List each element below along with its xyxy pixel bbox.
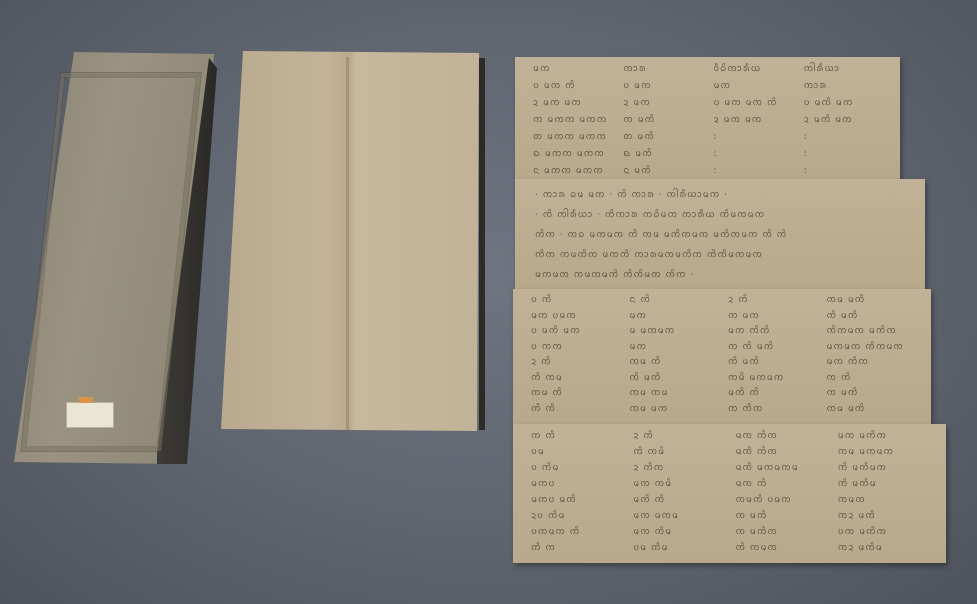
script-cell: ᨠᨾ ᨠᩦ (630, 355, 717, 371)
script-cell: ᨯ ᨾᨠ ᨾᨠ (714, 112, 792, 129)
script-cell: ᨠᩤᩁᩥᨿᩣ (804, 61, 882, 78)
script-cell: : (714, 146, 792, 163)
script-cell: : (714, 163, 792, 180)
script-cell: ᨾᨠ ᨠᩦᨠ (827, 355, 914, 371)
script-line: · ᨠᩣᩁ ᨵᨾ ᨾᨠ · ᨠᩦ ᨠᩣᩁ · ᨠᩤᩁᩥᨿᩣᨾᨠ · (535, 185, 905, 205)
script-cell: ᨠ ᨾᨠᩦ (623, 112, 701, 129)
script-cell: ᨷ ᨾᨠᩦ ᨾᨠ (531, 324, 618, 340)
script-cell: ᨷ ᨠᨠ (531, 340, 618, 356)
script-cell: ᨯ ᨾᨠᩦ ᨾᨠ (804, 112, 882, 129)
script-cell: ᨾᨠᨾᨠ ᨠᩦᨠᨾᨠ (827, 340, 914, 356)
script-cell: ᨠᨾ ᨾᨠᩦ (827, 293, 914, 309)
script-cell: ᨠᨾ ᨠᨾ (630, 386, 717, 402)
script-cell: ᨷ ᨠᩦ (531, 293, 618, 309)
script-cell: ᨲ ᨾᨠᨠ ᨾᨠᨠ (533, 129, 611, 146)
script-cell: ᨷ ᨾᨠ ᨾᨠ ᨠᩦ (714, 95, 792, 112)
script-cell: ᨠᨾ ᨠᩦ (531, 386, 618, 402)
script-cell: ᨯ ᨾᨠ (623, 95, 701, 112)
script-cell: ᨠ ᨾᨠᨠ ᨾᨠᨠ (533, 112, 611, 129)
script-cell: ᨠᩦ ᨠᨾᩦ (633, 444, 723, 460)
script-cell: ᨠᨾ ᨾᨠ (630, 402, 717, 418)
script-cell: ᨠᨾᨠ (838, 492, 928, 508)
script-cell: ᨠᨯ ᨾᨠᩦᨾ (838, 540, 928, 556)
script-cell: ᨾᨠ ᨾᨠᨾ (633, 508, 723, 524)
box-label (66, 402, 114, 428)
script-cell: ᨠᩦ ᨾᨠᩦ (728, 355, 815, 371)
script-line: ᨠᩦᨠ · ᨠᨵ ᨾᨠᨾᨠ ᨠᩦ ᨠᨾ ᨾᨠᩦᨠᨾᨠ ᨾᨠᩦᨠᨾᨠ ᨠᩦ ᨠᩦ (535, 225, 905, 245)
script-cell: ᨠᨾᨠᩦ ᨷᨾᨠ (736, 492, 826, 508)
script-cell: ᨾᨠ (533, 61, 611, 78)
script-cell: ᨾᨠ ᨠᩦᨠ (736, 428, 826, 444)
script-cell: : (804, 146, 882, 163)
script-cell: ᨠᩦ ᨾᨠᩦ (630, 371, 717, 387)
panel-4-table: ᨠ ᨠᩦᨯ ᨠᩦᨾᨠ ᨠᩦᨠᨾᨠ ᨾᨠᩦᨠᨷᨾᨠᩦ ᨠᨾᩦᨾᨠᩦ ᨠᩦᨠᨠᨾ ᨾ… (513, 424, 946, 560)
script-cell: ᨠᩦ ᨠᩦ (531, 402, 618, 418)
script-cell: ᨯ ᨠᩦᨠ (633, 460, 723, 476)
script-cell: ᨾᨠ ᨾᨠᩦᨠ (838, 428, 928, 444)
script-cell: ᨳ ᨾᨠᩦ (623, 146, 701, 163)
label-tag (79, 397, 93, 403)
script-cell: ᨠ ᨠᩦᨠ (728, 402, 815, 418)
script-cell: ᨾᨠ ᨠᩦ (736, 476, 826, 492)
script-cell: ᨯ ᨾᨠ ᨾᨠ (533, 95, 611, 112)
script-cell: ᨲ ᨾᨠᩦ (623, 129, 701, 146)
manuscript-panel-4: ᨠ ᨠᩦᨯ ᨠᩦᨾᨠ ᨠᩦᨠᨾᨠ ᨾᨠᩦᨠᨷᨾᨠᩦ ᨠᨾᩦᨾᨠᩦ ᨠᩦᨠᨠᨾ ᨾ… (513, 424, 946, 563)
opened-manuscript: ᨾᨠᨠᩣᩁᩅᩥᨵᩦᨠᩣᩁᩥᨿᨠᩤᩁᩥᨿᩣᨷ ᨾᨠ ᨠᩦᨷ ᨾᨠᨾᨠᨠᩣᩁᨯ ᨾᨠ… (513, 57, 946, 563)
script-cell: ᨳ ᨾᨠᨠ ᨾᨠᨠ (533, 146, 611, 163)
script-cell: ᨶ ᨾᨠᨠ ᨾᨠᨠ (533, 163, 611, 180)
script-cell: ᨠᨾ ᨾᨠᩦ (827, 402, 914, 418)
script-cell: ᨷᨠᨾᨠ ᨠᩦ (531, 524, 621, 540)
script-cell: ᨠᩦ ᨾᨠᩦ (827, 309, 914, 325)
script-cell: ᨠᨯ ᨾᨠᩦ (838, 508, 928, 524)
script-cell: : (804, 163, 882, 180)
script-cell: ᨾᨠᩦ ᨠᩦ (633, 492, 723, 508)
script-cell: ᨾᨠ ᨠᩦᨠᩦ (728, 324, 815, 340)
script-cell: ᨾᨠ (630, 340, 717, 356)
script-cell: ᨾᨠ ᨠᨾᩦ (633, 476, 723, 492)
script-cell: ᨾᨠᩦ ᨾᨠᨾᨠᨾ (736, 460, 826, 476)
script-cell: ᨾ ᨾᨠᨾᨠ (630, 324, 717, 340)
script-cell: ᨯᨷ ᨠᩦᨾ (531, 508, 621, 524)
script-cell: ᨠ ᨾᨠᩦᨠ (736, 524, 826, 540)
script-cell: ᨠᩦᨠᨾᨠ ᨾᨠᩦᨠ (827, 324, 914, 340)
script-cell: : (714, 129, 792, 146)
manuscript-panel-3: ᨷ ᨠᩦᨶ ᨠᩦᨯ ᨠᩦᨠᨾ ᨾᨠᩦᨾᨠ ᨷᨾᨠᨾᨠᨠ ᨾᨠᨠᩦ ᨾᨠᩦᨷ ᨾᨠ… (513, 289, 931, 424)
script-cell: ᨾᨠᩦ ᨠᩦ (728, 386, 815, 402)
script-line: ᨠᩦᨠ ᨠᨾᨠᩦᨠ ᨾᨠᨠᩦ ᨠᩣᩁᨾᨠᨾᨠᩦᨠ ᨠᩦᨠᩦᨾᨠᨾᨠ (535, 245, 905, 265)
script-cell: ᨷ ᨾᨠᩦ ᨾᨠ (804, 95, 882, 112)
script-cell: ᨠ ᨠᩦ ᨾᨠᩦ (728, 340, 815, 356)
script-cell: ᨠᩦ ᨠ (531, 540, 621, 556)
script-line: ᨾᨠᨾᨠ ᨠᨾᨠᨾᨠᩦ ᨠᩦᨠᩦᨾᨠ ᨠᩦᨠ · (535, 265, 905, 285)
script-cell: ᨠᩦ ᨠᨾᨠ (736, 540, 826, 556)
script-cell: ᨾᨠ (714, 78, 792, 95)
script-cell: : (804, 129, 882, 146)
script-cell: ᨷ ᨾᨠ ᨠᩦ (533, 78, 611, 95)
panel-3-table: ᨷ ᨠᩦᨶ ᨠᩦᨯ ᨠᩦᨠᨾ ᨾᨠᩦᨾᨠ ᨷᨾᨠᨾᨠᨠ ᨾᨠᨠᩦ ᨾᨠᩦᨷ ᨾᨠ… (513, 289, 931, 421)
script-cell: ᩅᩥᨵᩦᨠᩣᩁᩥᨿ (714, 61, 792, 78)
script-cell: ᨾᨠᨷ (531, 476, 621, 492)
leaflet-fold-crease (346, 57, 349, 431)
script-cell: ᨷᨾ ᨠᩦᨾ (633, 540, 723, 556)
script-cell: ᨠ ᨾᨠ (728, 309, 815, 325)
script-cell: ᨷᨠ ᨾᨠᩦᨠ (838, 524, 928, 540)
script-cell: ᨠᩦ ᨾᨠᩦᨾᨠ (838, 460, 928, 476)
script-cell: ᨠᩣᩁ (804, 78, 882, 95)
script-cell: ᨾᨠ ᨠᩦᨾ (633, 524, 723, 540)
script-cell: ᨾᨠ ᨷᨾᨠ (531, 309, 618, 325)
script-cell: ᨶ ᨾᨠᩦ (623, 163, 701, 180)
script-cell: ᨶ ᨠᩦ (630, 293, 717, 309)
script-cell: ᨠᨾ ᨾᨠᨾᨠ (838, 444, 928, 460)
script-cell: ᨷ ᨾᨠ (623, 78, 701, 95)
script-cell: ᨠᩦ ᨾᨠᩦᨾ (838, 476, 928, 492)
script-cell: ᨠᩣᩁ (623, 61, 701, 78)
script-line: · ᨠᩦ ᨠᩤᩁᩥᨿᩣ · ᨠᩦᨠᩣᩁ ᨠᨵᩦᨾᨠ ᨠᩣᩁᩥᨿ ᨠᩦᨾᨠᨾᨠ (535, 205, 905, 225)
script-cell: ᨠ ᨠᩦ (827, 371, 914, 387)
script-cell: ᨯ ᨠᩦ (531, 355, 618, 371)
script-cell: ᨯ ᨠᩦ (633, 428, 723, 444)
manuscript-panel-1: ᨾᨠᨠᩣᩁᩅᩥᨵᩦᨠᩣᩁᩥᨿᨠᩤᩁᩥᨿᩣᨷ ᨾᨠ ᨠᩦᨷ ᨾᨠᨾᨠᨠᩣᩁᨯ ᨾᨠ… (515, 57, 900, 179)
script-cell: ᨠᨾᩦ ᨾᨠᨾᨠ (728, 371, 815, 387)
script-cell: ᨷ ᨠᩦᨾ (531, 460, 621, 476)
folded-leaflet (221, 51, 479, 431)
script-cell: ᨾᨠᩦ ᨠᩦᨠ (736, 444, 826, 460)
script-cell: ᨾᨠ (630, 309, 717, 325)
panel-2-prose: · ᨠᩣᩁ ᨵᨾ ᨾᨠ · ᨠᩦ ᨠᩣᩁ · ᨠᩤᩁᩥᨿᩣᨾᨠ ·· ᨠᩦ ᨠᩤ… (515, 179, 925, 291)
script-cell: ᨠ ᨾᨠᩦ (736, 508, 826, 524)
script-cell: ᨠ ᨠᩦ (531, 428, 621, 444)
script-cell: ᨠ ᨾᨠᩦ (827, 386, 914, 402)
leaflet-shadow (479, 58, 485, 430)
script-cell: ᨠᩦ ᨠᨾ (531, 371, 618, 387)
manuscript-panel-2: · ᨠᩣᩁ ᨵᨾ ᨾᨠ · ᨠᩦ ᨠᩣᩁ · ᨠᩤᩁᩥᨿᩣᨾᨠ ·· ᨠᩦ ᨠᩤ… (515, 179, 925, 289)
script-cell: ᨾᨠᨷ ᨾᨠᩦ (531, 492, 621, 508)
script-cell: ᨷᨾ (531, 444, 621, 460)
script-cell: ᨯ ᨠᩦ (728, 293, 815, 309)
